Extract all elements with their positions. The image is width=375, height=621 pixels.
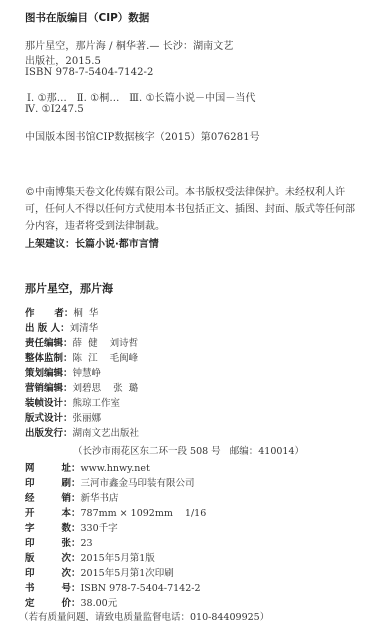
detail-value: 330千字 bbox=[81, 521, 118, 536]
detail-row-distributor: 经销： 新华书店 bbox=[25, 491, 119, 506]
credit-value: 陈 江 毛闽峰 bbox=[73, 351, 139, 366]
credit-row-publisher: 出 版 人： 刘清华 bbox=[25, 321, 98, 336]
detail-row-sheets: 印张： 23 bbox=[25, 536, 93, 551]
shelf-suggestion: 上架建议：长篇小说·都市言情 bbox=[25, 235, 159, 250]
credit-label: 营销编辑 bbox=[25, 381, 63, 396]
detail-value: 2015年5月第1版 bbox=[81, 551, 155, 566]
credit-row-supervisor: 整体监制： 陈 江 毛闽峰 bbox=[25, 351, 138, 366]
publisher-address: （长沙市雨花区东二环一段 508 号 邮编：410014） bbox=[73, 443, 304, 457]
credit-row-cover-design: 装帧设计： 熊琼工作室 bbox=[25, 396, 120, 411]
credit-row-planning-editor: 策划编辑： 钟慧峥 bbox=[25, 366, 101, 381]
credit-row-layout-design: 版式设计： 张丽娜 bbox=[25, 411, 101, 426]
cip-line-publisher: 出版社，2015.5 bbox=[25, 52, 101, 67]
credit-value: 熊琼工作室 bbox=[73, 396, 121, 411]
credit-value: 钟慧峥 bbox=[73, 366, 102, 381]
cip-line-title: 那片星空，那片海 / 桐华著.— 长沙：湖南文艺 bbox=[25, 37, 233, 52]
credit-value: 刘清华 bbox=[70, 321, 99, 336]
book-title: 那片星空，那片海 bbox=[25, 280, 113, 296]
credit-row-editor: 责任编辑： 薛 健 刘诗哲 bbox=[25, 336, 138, 351]
copyright-notice: ©中南博集天卷文化传媒有限公司。本书版权受法律保护。未经权利人许可，任何人不得以… bbox=[25, 184, 361, 235]
detail-row-website: 网址： www.hnwy.net bbox=[25, 461, 150, 476]
credit-label: 装帧设计 bbox=[25, 396, 63, 411]
detail-value: 787mm × 1092mm 1/16 bbox=[81, 506, 207, 521]
detail-value: 23 bbox=[81, 536, 93, 551]
cip-classification-2: Ⅳ. ①I247.5 bbox=[25, 104, 84, 115]
credit-value: 湖南文艺出版社 bbox=[73, 426, 140, 441]
credit-label: 出版发行 bbox=[25, 426, 63, 441]
credit-label: 版式设计 bbox=[25, 411, 63, 426]
credit-row-author: 作 者： 桐 华 bbox=[25, 306, 98, 321]
credit-value: 桐 华 bbox=[73, 306, 98, 321]
detail-row-isbn: 书号： ISBN 978-7-5404-7142-2 bbox=[25, 581, 201, 596]
detail-value: 新华书店 bbox=[81, 491, 119, 506]
detail-row-printing: 印次： 2015年5月第1次印刷 bbox=[25, 566, 174, 581]
credit-label: 责任编辑 bbox=[25, 336, 63, 351]
detail-value: 2015年5月第1次印刷 bbox=[81, 566, 174, 581]
detail-value: 三河市鑫金马印装有限公司 bbox=[81, 476, 195, 491]
detail-row-format: 开本： 787mm × 1092mm 1/16 bbox=[25, 506, 206, 521]
credit-label: 策划编辑 bbox=[25, 366, 63, 381]
detail-row-printer: 印刷： 三河市鑫金马印装有限公司 bbox=[25, 476, 195, 491]
detail-value: ISBN 978-7-5404-7142-2 bbox=[81, 581, 201, 596]
credit-value: 薛 健 刘诗哲 bbox=[73, 336, 139, 351]
detail-row-edition: 版次： 2015年5月第1版 bbox=[25, 551, 155, 566]
credit-value: 张丽娜 bbox=[73, 411, 102, 426]
detail-row-word-count: 字数： 330千字 bbox=[25, 521, 118, 536]
credit-label: 整体监制 bbox=[25, 351, 63, 366]
quality-notice: （若有质量问题，请致电质量监督电话：010-84409925） bbox=[19, 609, 269, 621]
credit-value: 刘碧思 张 璐 bbox=[73, 381, 139, 396]
cip-heading: 图书在版编目（CIP）数据 bbox=[25, 10, 149, 25]
credit-label: 作 者 bbox=[25, 306, 64, 321]
cip-record-number: 中国版本图书馆CIP数据核字（2015）第076281号 bbox=[25, 128, 260, 143]
credit-row-marketing-editor: 营销编辑： 刘碧思 张 璐 bbox=[25, 381, 138, 396]
credit-label: 出 版 人 bbox=[25, 321, 60, 336]
cip-line-isbn: ISBN 978-7-5404-7142-2 bbox=[25, 67, 154, 78]
cip-classification-1: Ⅰ. ①那… Ⅱ. ①桐… Ⅲ. ①长篇小说－中国－当代 bbox=[27, 89, 256, 104]
credit-row-distribution: 出版发行： 湖南文艺出版社 bbox=[25, 426, 139, 441]
website-link[interactable]: www.hnwy.net bbox=[81, 461, 150, 476]
